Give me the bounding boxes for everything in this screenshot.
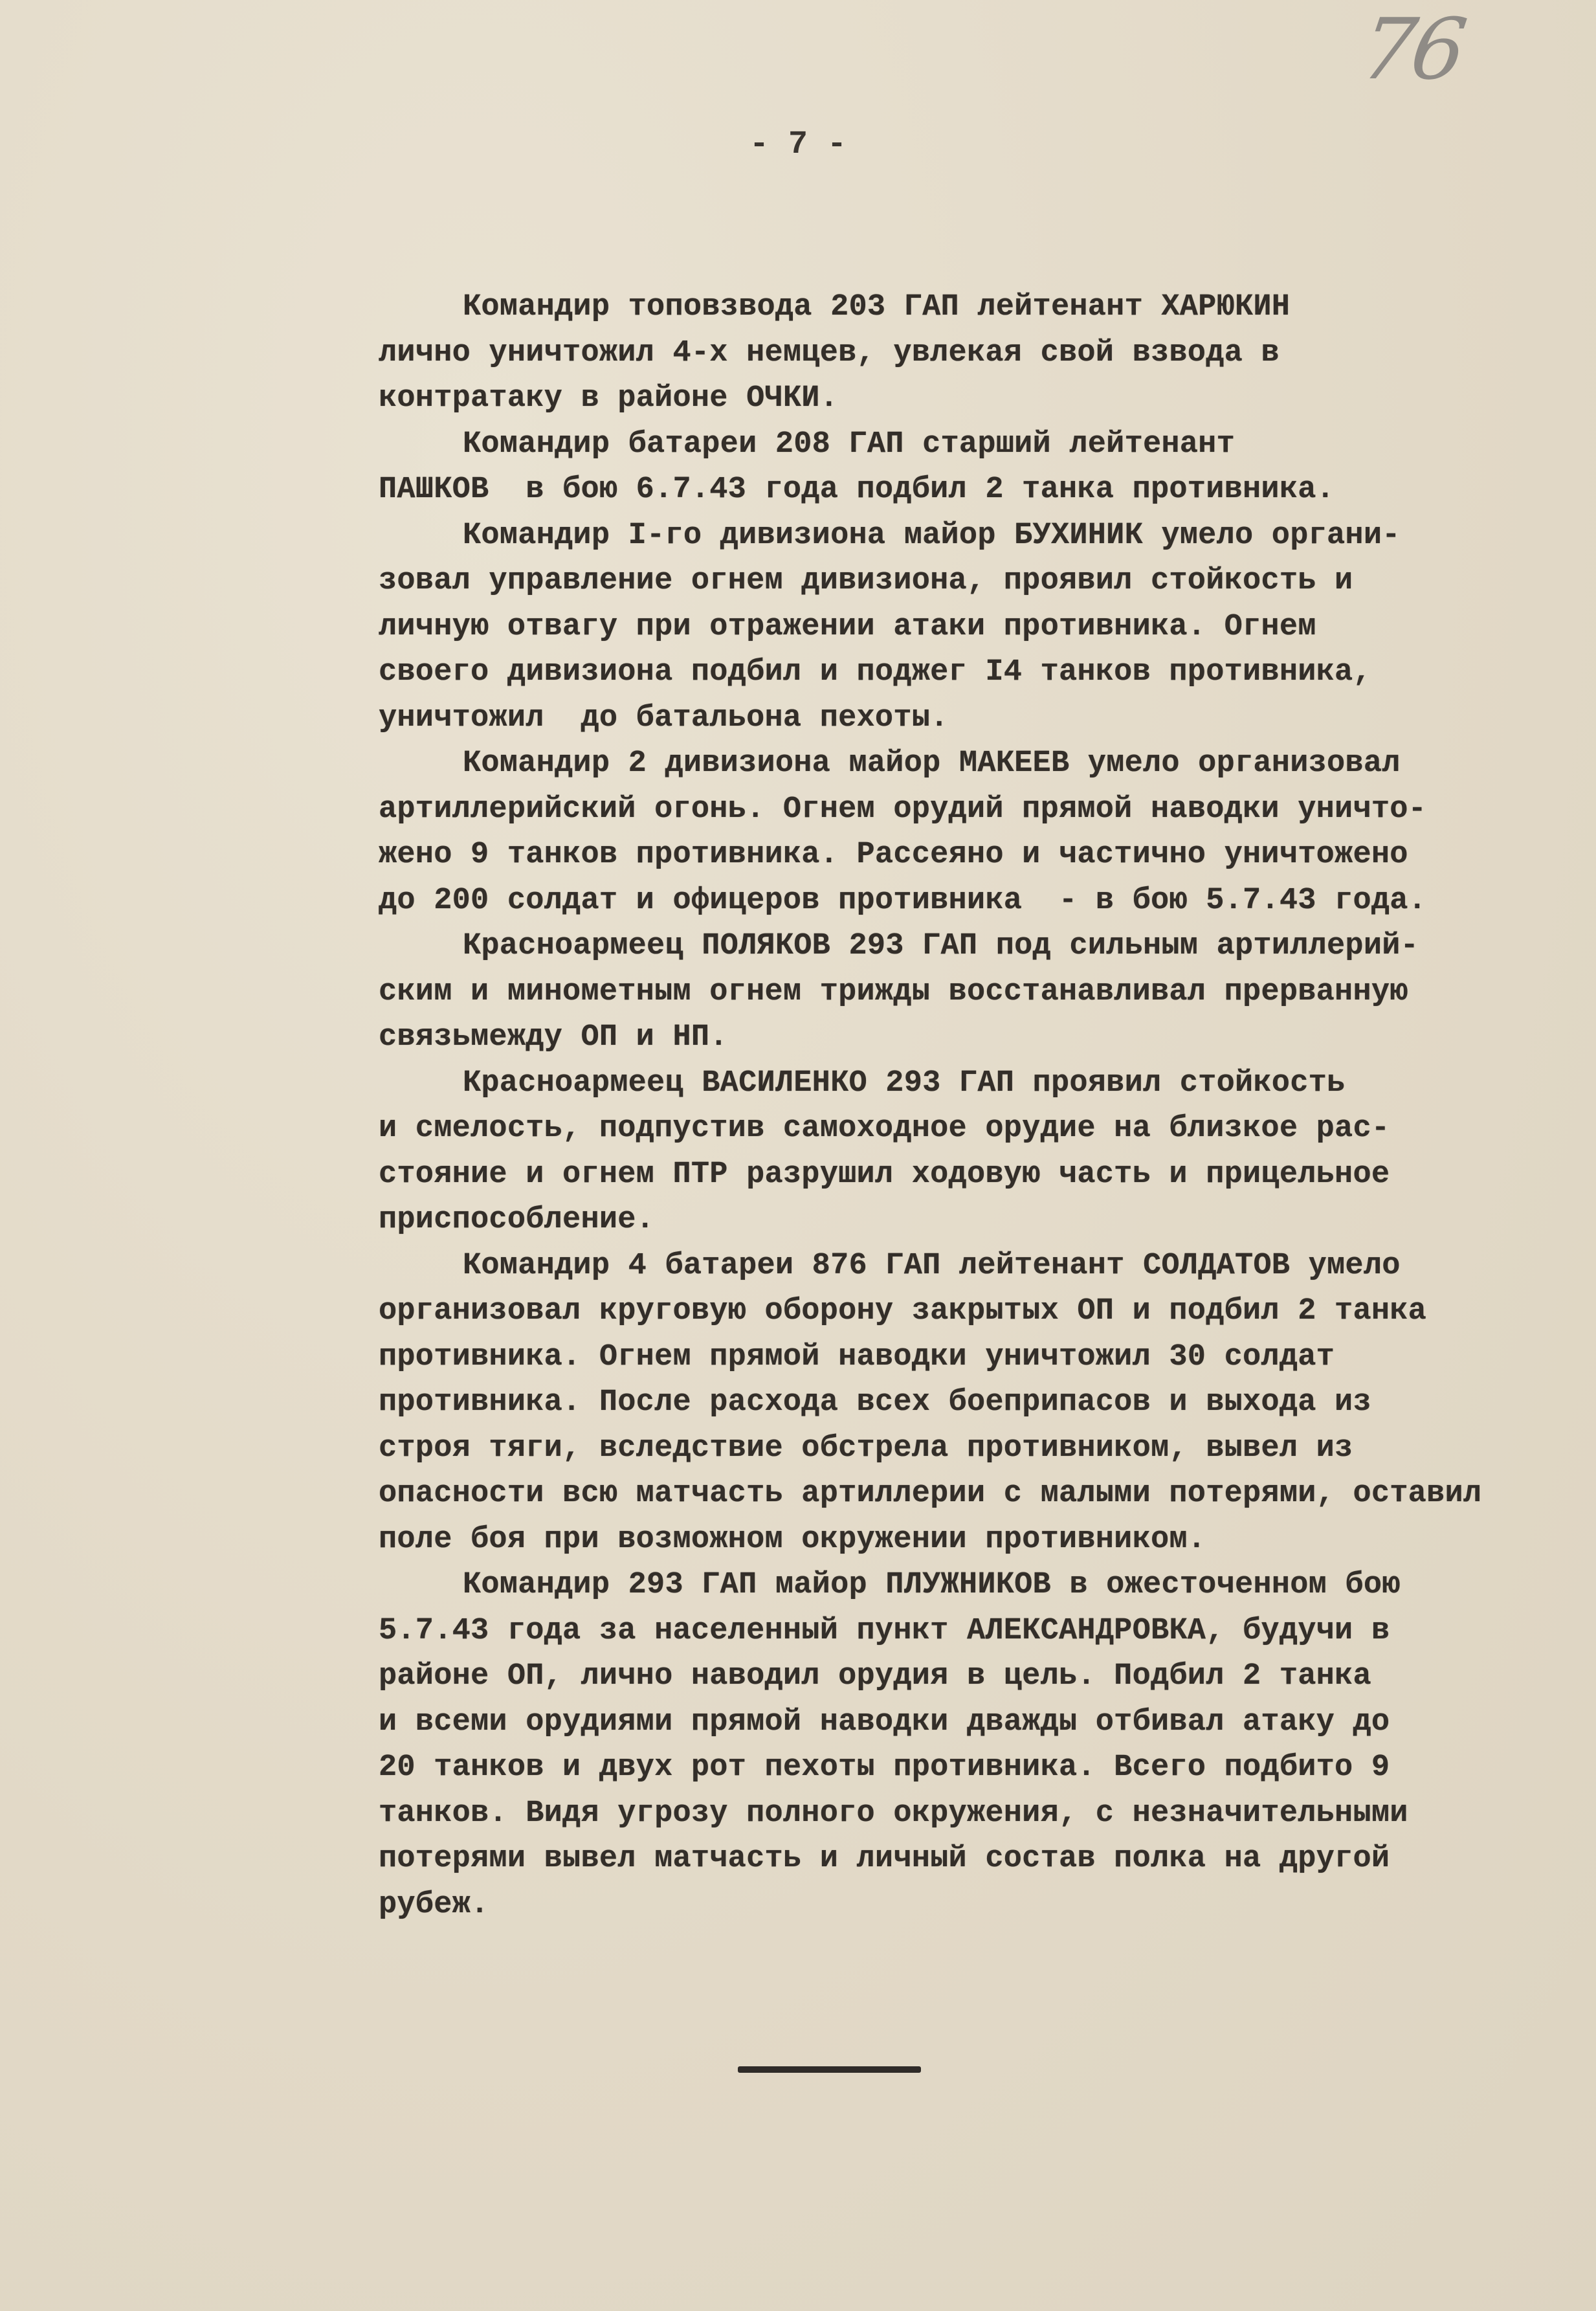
text-line: личную отвагу при отражении атаки против… xyxy=(379,605,1596,651)
text-line: Командир 2 дивизиона майор МАКЕЕВ умело … xyxy=(379,741,1596,787)
page-number: - 7 - xyxy=(0,126,1596,163)
text-line: Командир 4 батареи 876 ГАП лейтенант СОЛ… xyxy=(379,1244,1596,1289)
text-line: противника. После расхода всех боеприпас… xyxy=(379,1380,1596,1426)
text-line: танков. Видя угрозу полного окружения, с… xyxy=(379,1791,1596,1837)
paragraph-polyakov: Красноармеец ПОЛЯКОВ 293 ГАП под сильным… xyxy=(379,924,1596,1061)
text-line: до 200 солдат и офицеров противника - в … xyxy=(379,878,1596,924)
text-line: своего дивизиона подбил и поджег I4 танк… xyxy=(379,650,1596,696)
document-body: Командир топовзвода 203 ГАП лейтенант ХА… xyxy=(379,285,1596,1928)
paragraph-pashkov: Командир батареи 208 ГАП старший лейтена… xyxy=(379,422,1596,513)
text-line: организовал круговую оборону закрытых ОП… xyxy=(379,1289,1596,1335)
paragraph-vasilenko: Красноармеец ВАСИЛЕНКО 293 ГАП проявил с… xyxy=(379,1061,1596,1244)
paragraph-makeev: Командир 2 дивизиона майор МАКЕЕВ умело … xyxy=(379,741,1596,924)
text-line: потерями вывел матчасть и личный состав … xyxy=(379,1837,1596,1882)
text-line: Командир топовзвода 203 ГАП лейтенант ХА… xyxy=(379,285,1596,331)
text-line: артиллерийский огонь. Огнем орудий прямо… xyxy=(379,787,1596,833)
paragraph-soldatov: Командир 4 батареи 876 ГАП лейтенант СОЛ… xyxy=(379,1244,1596,1563)
text-line: связьмежду ОП и НП. xyxy=(379,1015,1596,1061)
text-line: Командир I-го дивизиона майор БУХИНИК ум… xyxy=(379,513,1596,559)
text-line: лично уничтожил 4-х немцев, увлекая свой… xyxy=(379,331,1596,377)
text-line: Командир 293 ГАП майор ПЛУЖНИКОВ в ожест… xyxy=(379,1563,1596,1609)
text-line: 5.7.43 года за населенный пункт АЛЕКСАНД… xyxy=(379,1609,1596,1655)
text-line: 20 танков и двух рот пехоты противника. … xyxy=(379,1745,1596,1791)
text-line: приспособление. xyxy=(379,1198,1596,1244)
paragraph-pluzhnikov: Командир 293 ГАП майор ПЛУЖНИКОВ в ожест… xyxy=(379,1563,1596,1928)
paragraph-bukhinik: Командир I-го дивизиона майор БУХИНИК ум… xyxy=(379,513,1596,742)
text-line: Красноармеец ПОЛЯКОВ 293 ГАП под сильным… xyxy=(379,924,1596,970)
text-line: Командир батареи 208 ГАП старший лейтена… xyxy=(379,422,1596,468)
text-line: жено 9 танков противника. Рассеяно и час… xyxy=(379,832,1596,878)
text-line: опасности всю матчасть артиллерии с малы… xyxy=(379,1471,1596,1517)
text-line: ПАШКОВ в бою 6.7.43 года подбил 2 танка … xyxy=(379,467,1596,513)
paragraph-kharyukin: Командир топовзвода 203 ГАП лейтенант ХА… xyxy=(379,285,1596,422)
text-line: и смелость, подпустив самоходное орудие … xyxy=(379,1106,1596,1152)
text-line: поле боя при возможном окружении противн… xyxy=(379,1517,1596,1563)
text-line: противника. Огнем прямой наводки уничтож… xyxy=(379,1335,1596,1381)
text-line: стояние и огнем ПТР разрушил ходовую час… xyxy=(379,1152,1596,1198)
text-line: ским и минометным огнем трижды восстанав… xyxy=(379,970,1596,1016)
text-line: рубеж. xyxy=(379,1882,1596,1928)
text-line: и всеми орудиями прямой наводки дважды о… xyxy=(379,1700,1596,1746)
text-line: контратаку в районе ОЧКИ. xyxy=(379,376,1596,422)
handwritten-sheet-number: 76 xyxy=(1355,0,1469,98)
text-line: районе ОП, лично наводил орудия в цель. … xyxy=(379,1654,1596,1700)
text-line: уничтожил до батальона пехоты. xyxy=(379,696,1596,742)
text-line: зовал управление огнем дивизиона, прояви… xyxy=(379,559,1596,605)
text-line: Красноармеец ВАСИЛЕНКО 293 ГАП проявил с… xyxy=(379,1061,1596,1107)
text-line: строя тяги, вследствие обстрела противни… xyxy=(379,1426,1596,1472)
end-divider-line xyxy=(738,2066,921,2073)
